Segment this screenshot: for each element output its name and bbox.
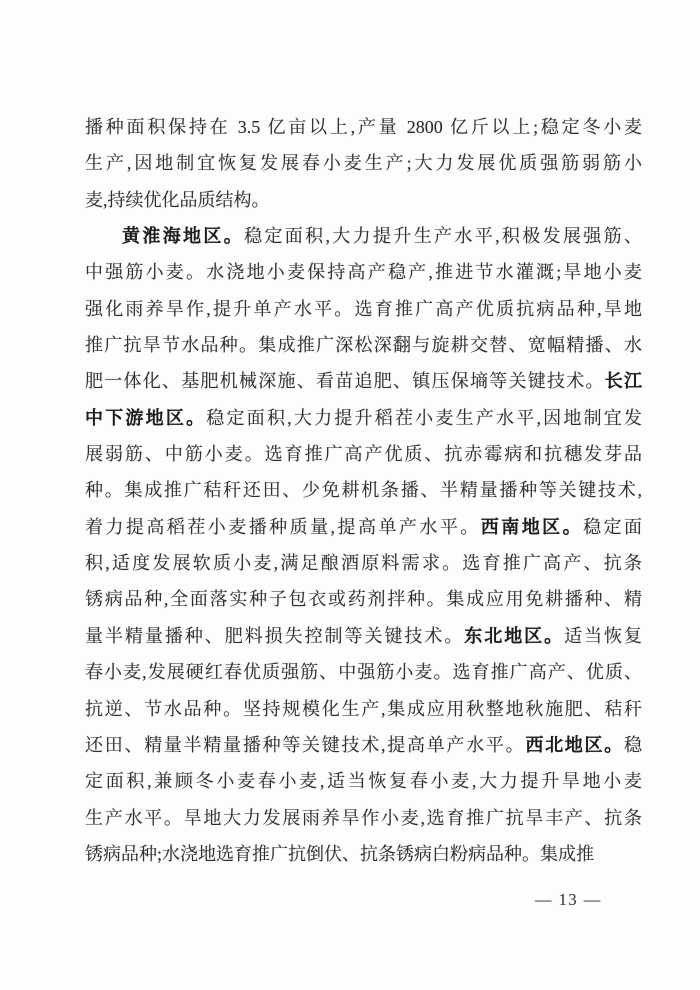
region-heading: 长江 [605,371,642,391]
text-line: 强化雨养旱作,提升单产水平。选育推广高产优质抗病品种,旱地 [85,291,642,327]
text-segment: 锈病品种,全面落实种子包衣或药剂拌种。集成应用免耕播种、精 [85,589,642,609]
text-line: 种。集成推广秸秆还田、少免耕机条播、半精量播种等关键技术, [85,472,642,508]
text-segment: 推广抗旱节水品种。集成推广深松深翻与旋耕交替、宽幅精播、水 [85,335,642,355]
region-heading: 中下游地区。 [85,408,206,428]
text-segment: 定面积,兼顾冬小麦春小麦,适当恢复春小麦,大力提升旱地小麦 [85,771,642,791]
text-line: 抗逆、节水品种。坚持规模化生产,集成应用秋整地秋施肥、秸秆 [85,691,642,727]
text-segment: 抗逆、节水品种。坚持规模化生产,集成应用秋整地秋施肥、秸秆 [85,699,642,719]
text-segment: 中强筋小麦。水浇地小麦保持高产稳产,推进节水灌溉;旱地小麦 [85,262,642,282]
text-line: 积,适度发展软质小麦,满足酿酒原料需求。选育推广高产、抗条 [85,545,642,581]
text-line: 量半精量播种、肥料损失控制等关键技术。东北地区。适当恢复 [85,618,642,654]
text-segment: 积,适度发展软质小麦,满足酿酒原料需求。选育推广高产、抗条 [85,553,642,573]
text-segment: 锈病品种;水浇地选育推广抗倒伏、抗条锈病白粉病品种。集成推 [85,844,594,864]
text-segment: 着力提高稻茬小麦播种质量,提高单产水平。 [85,517,481,537]
text-line: 肥一体化、基肥机械深施、看苗追肥、镇压保墒等关键技术。长江 [85,363,642,399]
text-line: 春小麦,发展硬红春优质强筋、中强筋小麦。选育推广高产、优质、 [85,654,642,690]
text-line: 着力提高稻茬小麦播种质量,提高单产水平。西南地区。稳定面 [85,509,642,545]
text-segment: 还田、精量半精量播种等关键技术,提高单产水平。 [85,735,525,755]
text-segment: 强化雨养旱作,提升单产水平。选育推广高产优质抗病品种,旱地 [85,299,642,319]
text-line: 黄淮海地区。稳定面积,大力提升生产水平,积极发展强筋、 [85,218,642,254]
text-segment: 种。集成推广秸秆还田、少免耕机条播、半精量播种等关键技术, [85,480,642,500]
text-segment: 生产,因地制宜恢复发展春小麦生产;大力发展优质强筋弱筋小 [85,153,642,173]
text-line: 生产,因地制宜恢复发展春小麦生产;大力发展优质强筋弱筋小 [85,145,642,181]
text-segment: 肥一体化、基肥机械深施、看苗追肥、镇压保墒等关键技术。 [85,371,605,391]
text-line: 播种面积保持在 3.5 亿亩以上,产量 2800 亿斤以上;稳定冬小麦 [85,109,642,145]
text-line: 展弱筋、中筋小麦。选育推广高产优质、抗赤霉病和抗穗发芽品 [85,436,642,472]
text-segment: 展弱筋、中筋小麦。选育推广高产优质、抗赤霉病和抗穗发芽品 [85,444,642,464]
text-line: 锈病品种;水浇地选育推广抗倒伏、抗条锈病白粉病品种。集成推 [85,836,642,872]
footer-page-number: — 13 — [535,888,602,912]
text-segment: 稳定面积,大力提升稻茬小麦生产水平,因地制宜发 [206,408,642,428]
region-heading: 西南地区。 [481,517,583,537]
region-heading: 东北地区。 [464,626,564,646]
text-block: 播种面积保持在 3.5 亿亩以上,产量 2800 亿斤以上;稳定冬小麦生产,因地… [85,109,642,872]
text-segment: 麦,持续优化品质结构。 [85,190,270,210]
region-heading: 西北地区。 [525,735,624,755]
text-segment: 适当恢复 [564,626,642,646]
text-line: 推广抗旱节水品种。集成推广深松深翻与旋耕交替、宽幅精播、水 [85,327,642,363]
text-line: 中强筋小麦。水浇地小麦保持高产稳产,推进节水灌溉;旱地小麦 [85,254,642,290]
text-line: 定面积,兼顾冬小麦春小麦,适当恢复春小麦,大力提升旱地小麦 [85,763,642,799]
text-segment: 稳定面 [583,517,642,537]
text-segment: 稳 [624,735,642,755]
text-segment: 量半精量播种、肥料损失控制等关键技术。 [85,626,464,646]
text-line: 中下游地区。稳定面积,大力提升稻茬小麦生产水平,因地制宜发 [85,400,642,436]
text-line: 还田、精量半精量播种等关键技术,提高单产水平。西北地区。稳 [85,727,642,763]
text-segment: 稳定面积,大力提升生产水平,积极发展强筋、 [244,226,642,246]
text-line: 锈病品种,全面落实种子包衣或药剂拌种。集成应用免耕播种、精 [85,581,642,617]
text-segment: 春小麦,发展硬红春优质强筋、中强筋小麦。选育推广高产、优质、 [85,662,642,682]
region-heading: 黄淮海地区。 [122,226,244,246]
text-segment: 播种面积保持在 3.5 亿亩以上,产量 2800 亿斤以上;稳定冬小麦 [85,117,642,137]
text-segment: 生产水平。旱地大力发展雨养旱作小麦,选育推广抗旱丰产、抗条 [85,808,642,828]
text-line: 生产水平。旱地大力发展雨养旱作小麦,选育推广抗旱丰产、抗条 [85,800,642,836]
text-line: 麦,持续优化品质结构。 [85,182,642,218]
document-page: 播种面积保持在 3.5 亿亩以上,产量 2800 亿斤以上;稳定冬小麦生产,因地… [0,0,700,990]
